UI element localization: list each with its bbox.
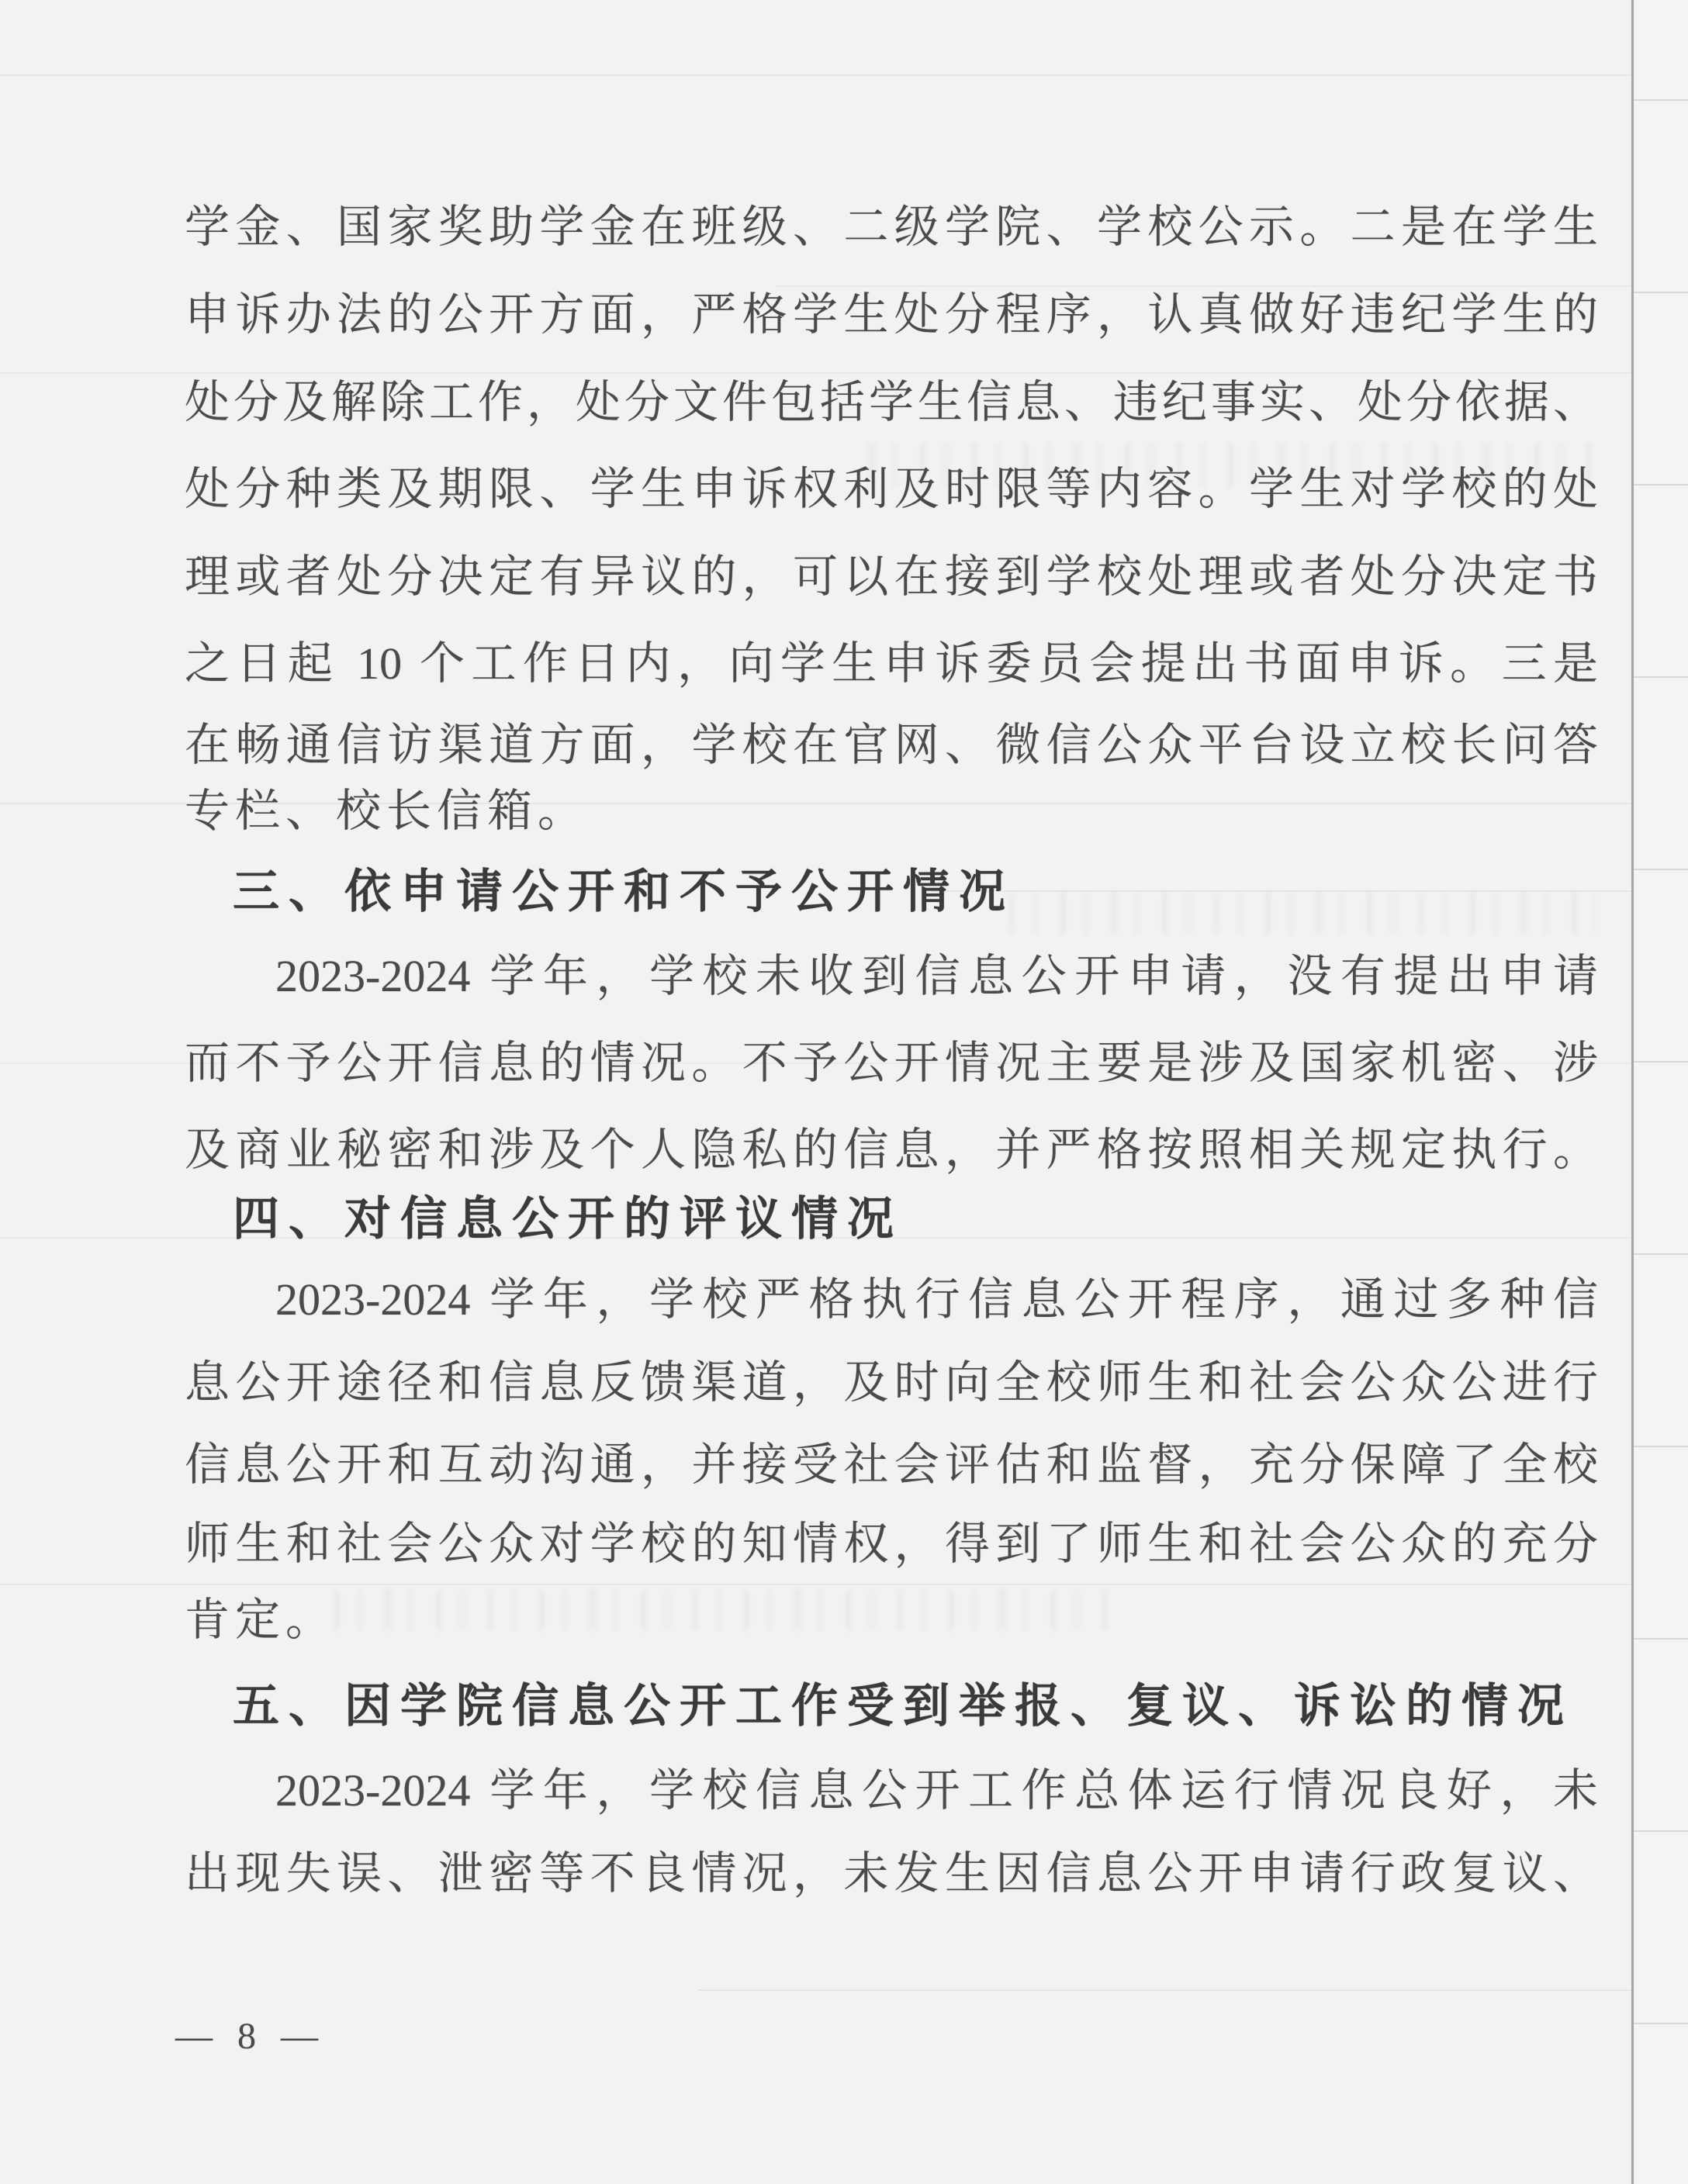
text-line: 在畅通信访渠道方面，学校在官网、微信公众平台设立校长问答 (185, 721, 1598, 770)
text-line: 肯定。 (185, 1596, 1598, 1645)
text-line: 出现失误、泄密等不良情况，未发生因信息公开申请行政复议、 (185, 1850, 1598, 1899)
text-line: 及商业秘密和涉及个人隐私的信息，并严格按照相关规定执行。 (185, 1126, 1598, 1175)
section-heading: 五、因学院信息公开工作受到举报、复议、诉讼的情况 (233, 1681, 1614, 1732)
section-heading: 三、依申请公开和不予公开情况 (233, 867, 1614, 917)
scanned-page: 学金、国家奖助学金在班级、二级学院、学校公示。二是在学生申诉办法的公开方面，严格… (0, 0, 1688, 2184)
text-line: 2023-2024 学年，学校未收到信息公开申请，没有提出申请 (185, 952, 1598, 1001)
text-line: 学金、国家奖助学金在班级、二级学院、学校公示。二是在学生 (185, 203, 1598, 252)
text-line: 师生和社会公众对学校的知情权，得到了师生和社会公众的充分 (185, 1520, 1598, 1569)
text-line: 理或者处分决定有异议的，可以在接到学校处理或者处分决定书 (185, 553, 1598, 602)
text-line: 申诉办法的公开方面，严格学生处分程序，认真做好违纪学生的 (185, 291, 1598, 340)
text-line: 2023-2024 学年，学校信息公开工作总体运行情况良好，未 (185, 1767, 1598, 1816)
text-line: 处分及解除工作，处分文件包括学生信息、违纪事实、处分依据、 (185, 378, 1598, 427)
text-line: 之日起 10 个工作日内，向学生申诉委员会提出书面申诉。三是 (185, 640, 1598, 689)
text-line: 而不予公开信息的情况。不予公开情况主要是涉及国家机密、涉 (185, 1039, 1598, 1088)
section-heading: 四、对信息公开的评议情况 (233, 1194, 1614, 1245)
text-line: 专栏、校长信箱。 (185, 787, 1598, 836)
text-line: 信息公开和互动沟通，并接受社会评估和监督，充分保障了全校 (185, 1441, 1598, 1490)
page-number: — 8 — (175, 2015, 326, 2058)
text-line: 息公开途径和信息反馈渠道，及时向全校师生和社会公众公进行 (185, 1359, 1598, 1408)
text-line: 2023-2024 学年，学校严格执行信息公开程序，通过多种信 (185, 1276, 1598, 1325)
scan-right-strip (1634, 0, 1688, 2184)
document-text: 学金、国家奖助学金在班级、二级学院、学校公示。二是在学生申诉办法的公开方面，严格… (0, 0, 1688, 2184)
text-line: 处分种类及期限、学生申诉权利及时限等内容。学生对学校的处 (185, 465, 1598, 514)
